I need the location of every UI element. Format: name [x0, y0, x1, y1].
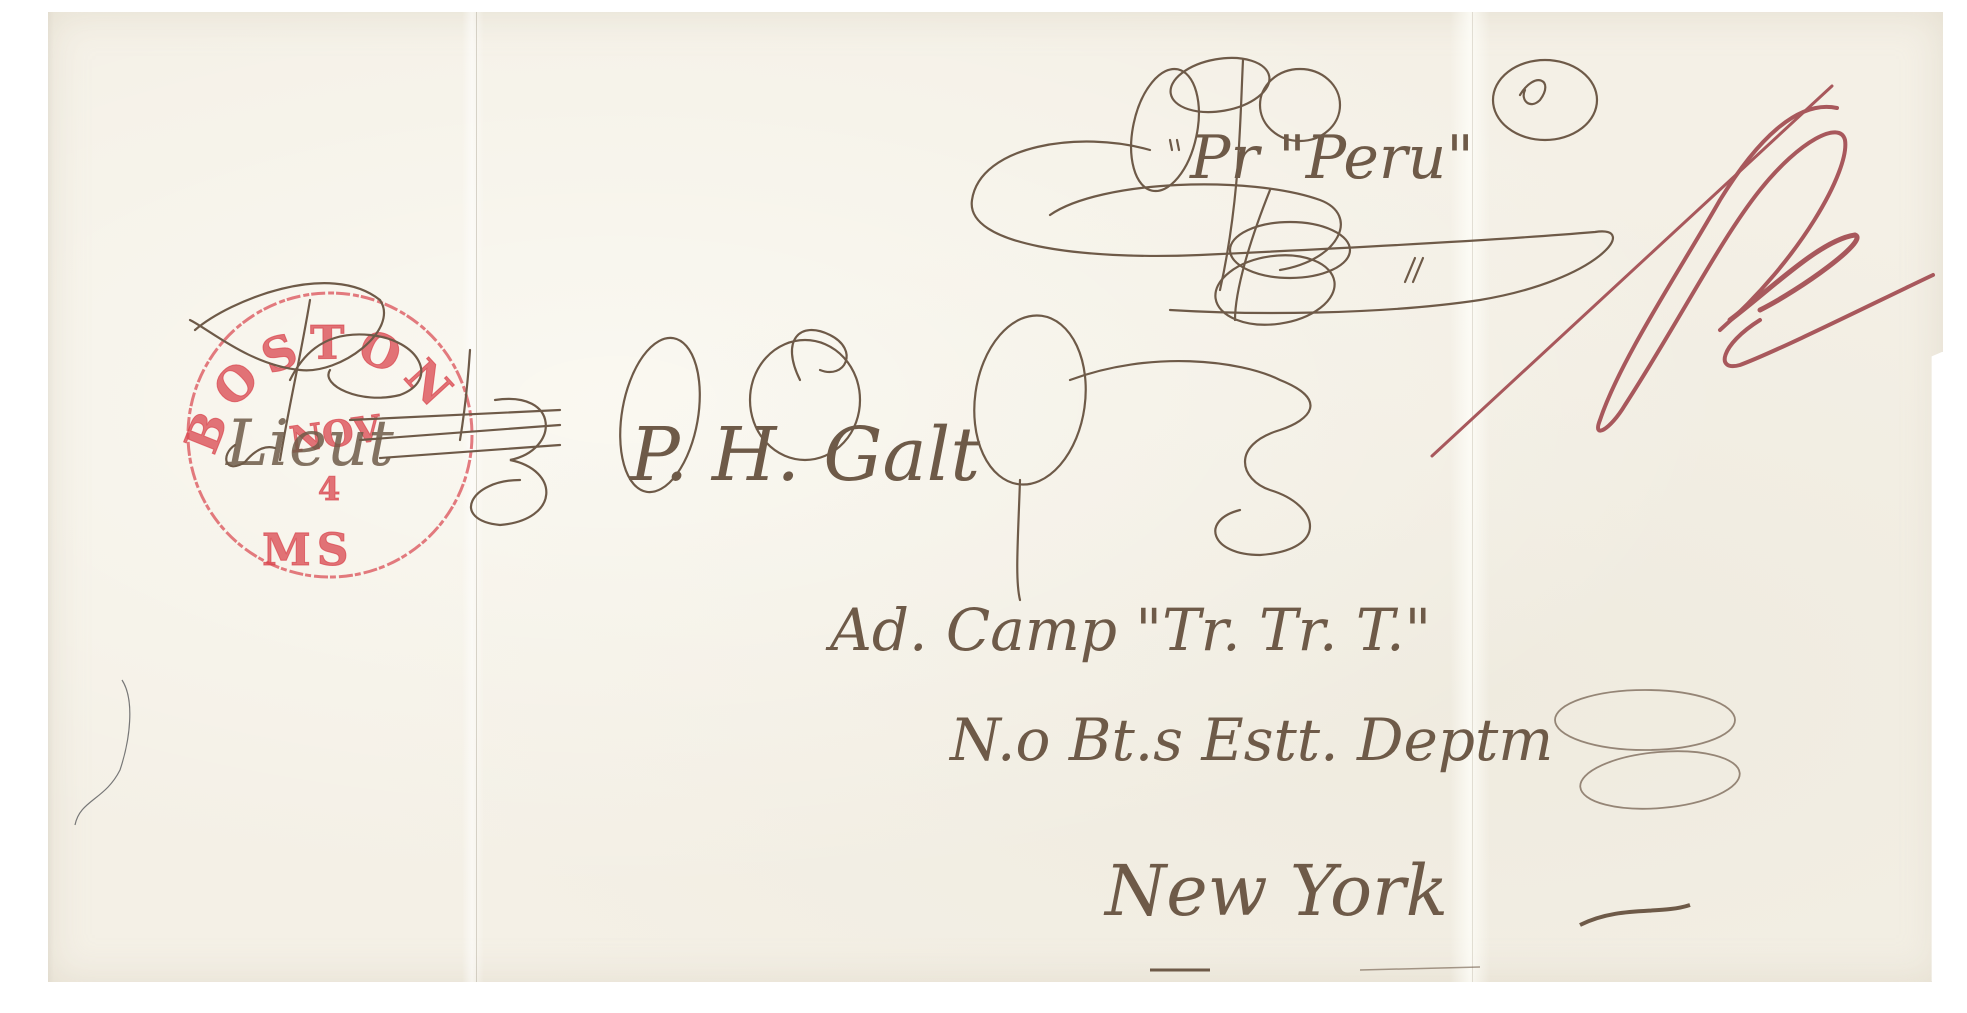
- city-tail-flourish: [1580, 905, 1690, 925]
- ink-layer: BOSTON NOV 4 MS Lieut: [0, 0, 1967, 1013]
- address-line-2: Ad. Camp "Tr. Tr. T.": [825, 596, 1431, 664]
- addressee-name: P. H. Galt: [628, 412, 980, 498]
- city-underline-right: [1360, 967, 1480, 970]
- rate-marking: [1432, 86, 1933, 456]
- rate-text: 1/2: [1700, 299, 1702, 301]
- line3-flourish: [1555, 690, 1742, 815]
- rank-lieut-text: Lieut: [225, 407, 394, 481]
- scan-canvas: BOSTON NOV 4 MS Lieut: [0, 0, 1967, 1013]
- address-city: New York: [1103, 850, 1448, 932]
- address-line-3: N.o Bt.s Estt. Deptm: [948, 706, 1553, 774]
- pencil-mark: [75, 680, 130, 825]
- postmark-state: MS: [262, 525, 354, 576]
- routing-text: Pr "Peru": [1189, 123, 1474, 193]
